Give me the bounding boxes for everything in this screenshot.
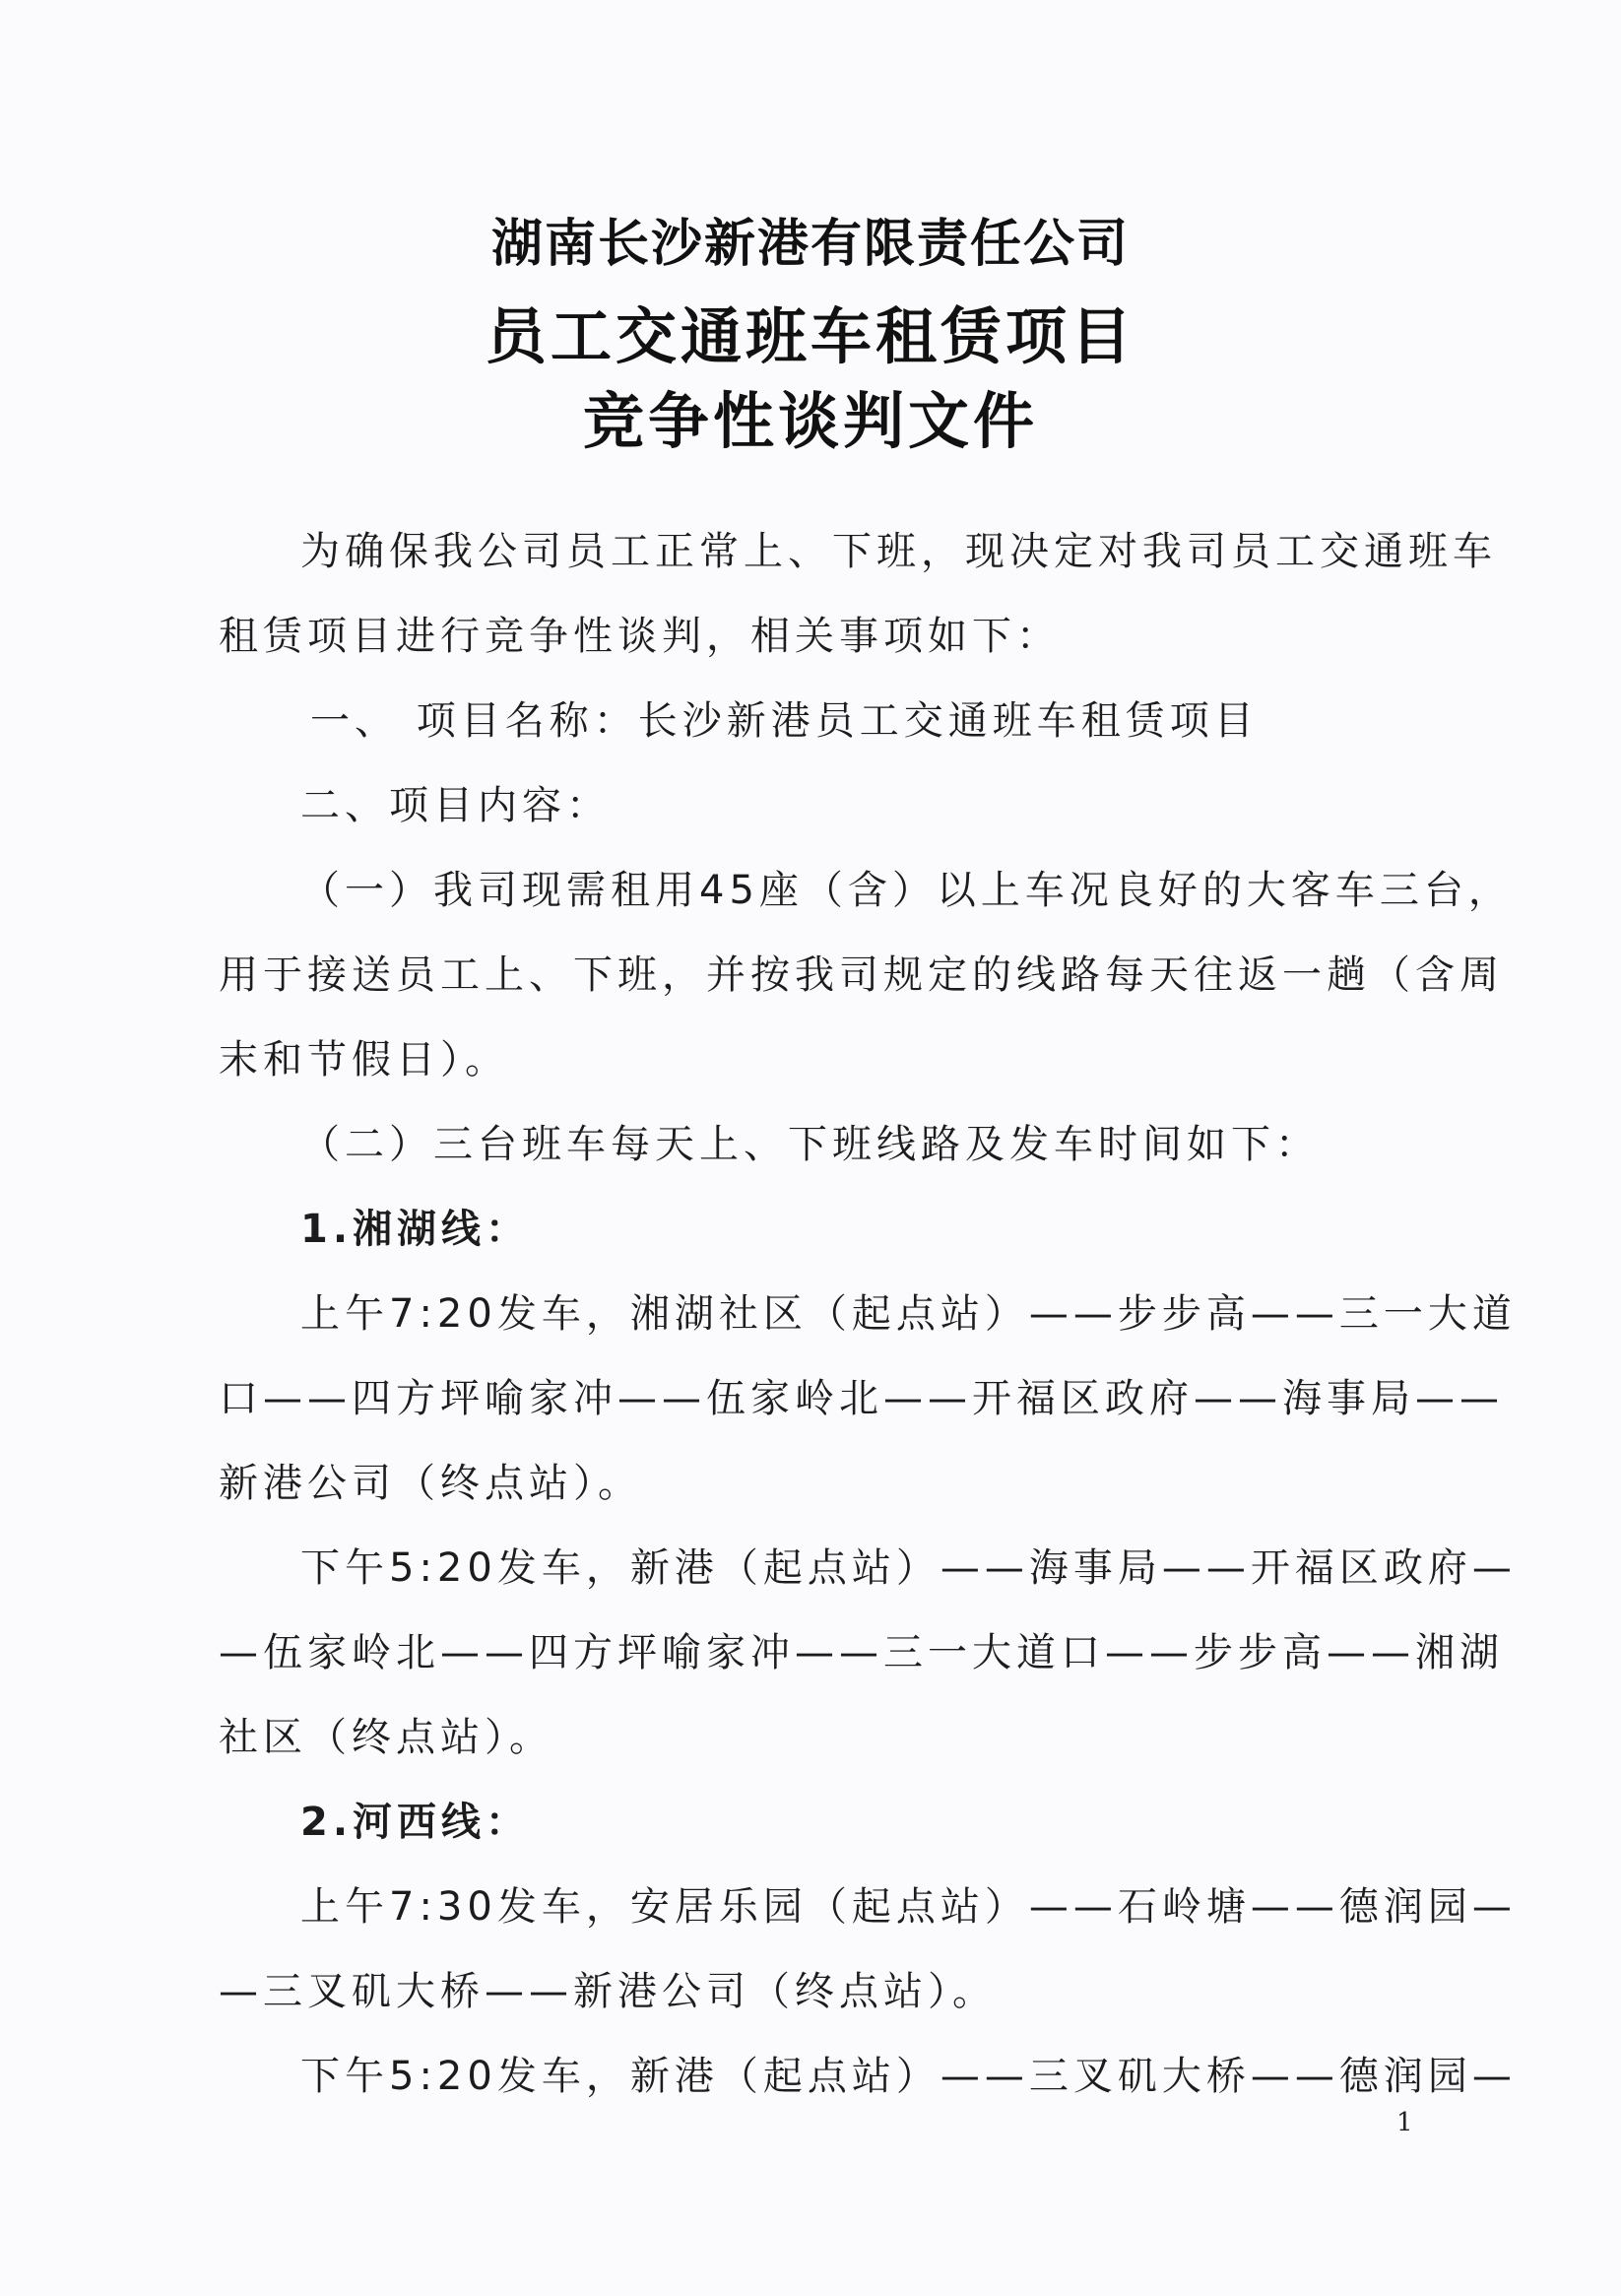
route-1-heading: 1.湘湖线： bbox=[300, 1198, 1492, 1254]
title-project: 员工交通班车租赁项目 bbox=[0, 288, 1621, 375]
route-1-morning-2: 口——四方坪喻家冲——伍家岭北——开福区政府——海事局—— bbox=[219, 1367, 1410, 1423]
route-2-heading: 2.河西线： bbox=[300, 1791, 1492, 1847]
route-1-evening-3: 社区（终点站）。 bbox=[219, 1706, 1410, 1762]
item-1-line-1: （一）我司现需租用45座（含）以上车况良好的大客车三台， bbox=[300, 859, 1492, 915]
document-page: 湖南长沙新港有限责任公司 员工交通班车租赁项目 竞争性谈判文件 为确保我公司员工… bbox=[0, 0, 1621, 2296]
route-1-morning-3: 新港公司（终点站）。 bbox=[219, 1452, 1410, 1508]
route-2-morning-1: 上午7:30发车，安居乐园（起点站）——石岭塘——德润园— bbox=[300, 1875, 1492, 1932]
item-2: （二）三台班车每天上、下班线路及发车时间如下： bbox=[300, 1113, 1492, 1169]
item-1-line-2: 用于接送员工上、下班，并按我司规定的线路每天往返一趟（含周 bbox=[219, 944, 1410, 1000]
title-company: 湖南长沙新港有限责任公司 bbox=[0, 202, 1621, 276]
route-1-evening-2: —伍家岭北——四方坪喻家冲——三一大道口——步步高——湘湖 bbox=[219, 1621, 1410, 1677]
route-1-evening-1: 下午5:20发车，新港（起点站）——海事局——开福区政府— bbox=[300, 1537, 1492, 1593]
route-1-morning-1: 上午7:20发车，湘湖社区（起点站）——步步高——三一大道 bbox=[300, 1282, 1492, 1339]
section-project-content: 二、项目内容： bbox=[300, 774, 1492, 830]
route-2-evening-1: 下午5:20发车，新港（起点站）——三叉矶大桥——德润园— bbox=[300, 2045, 1492, 2101]
item-1-line-3: 末和节假日）。 bbox=[219, 1028, 1410, 1084]
intro-line-2: 租赁项目进行竞争性谈判，相关事项如下： bbox=[219, 605, 1410, 661]
intro-line-1: 为确保我公司员工正常上、下班，现决定对我司员工交通班车 bbox=[300, 520, 1492, 576]
page-number: 1 bbox=[1396, 2108, 1413, 2137]
route-2-morning-2: —三叉矶大桥——新港公司（终点站）。 bbox=[219, 1960, 1410, 2016]
section-project-name: 一、 项目名称：长沙新港员工交通班车租赁项目 bbox=[310, 689, 1502, 746]
title-doc-type: 竞争性谈判文件 bbox=[0, 372, 1621, 460]
